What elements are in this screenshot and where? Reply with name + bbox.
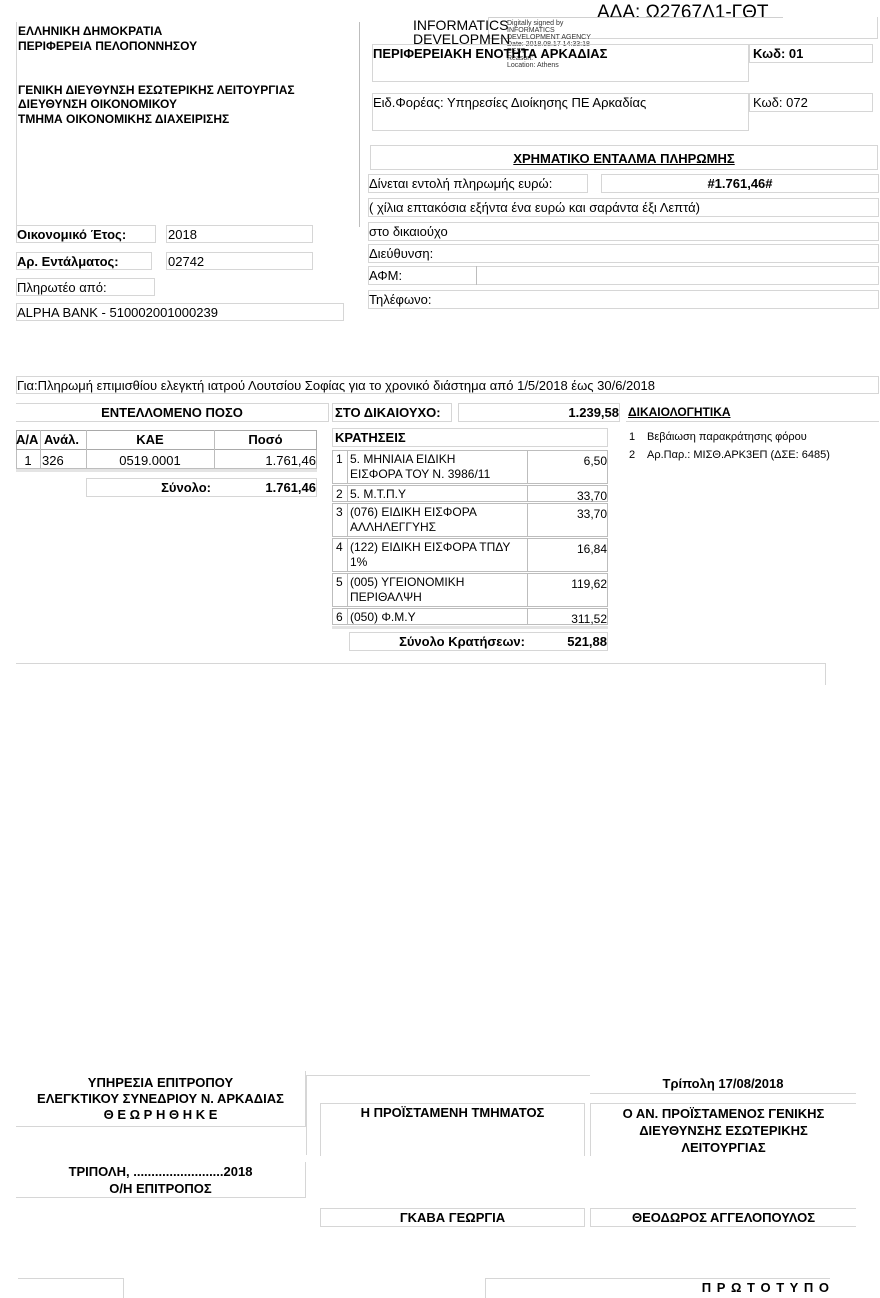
auditor-line-3: Θ Ε Ω Ρ Η Θ Η Κ Ε [16, 1107, 305, 1123]
address-label: Διεύθυνση: [369, 246, 433, 261]
section-head-block: Η ΠΡΟΪΣΤΑΜΕΝΗ ΤΜΗΜΑΤΟΣ [320, 1103, 585, 1156]
general-head-line-3: ΛΕΙΤΟΥΡΓΙΑΣ [591, 1139, 856, 1156]
deduction-amount: 119,62 [528, 577, 607, 591]
section-head-name: ΓΚΑΒΑ ΓΕΩΡΓΙΑ [321, 1210, 584, 1225]
deductions-title: ΚΡΑΤΗΣΕΙΣ [335, 430, 406, 445]
payment-amount: #1.761,46# [602, 176, 878, 191]
section-head-title: Η ΠΡΟΪΣΤΑΜΕΝΗ ΤΜΗΜΑΤΟΣ [321, 1105, 584, 1120]
beneficiary-label: στο δικαιούχο [369, 224, 448, 239]
col-kae: ΚΑΕ [86, 432, 214, 447]
deduction-description: (005) ΥΓΕΙΟΝΟΜΙΚΗΠΕΡΙΘΑΛΨΗ [350, 575, 464, 605]
header-line-3: ΓΕΝΙΚΗ ΔΙΕΥΘΥΝΣΗ ΕΣΩΤΕΡΙΚΗΣ ΛΕΙΤΟΥΡΓΙΑΣ [18, 83, 295, 97]
deduction-amount: 33,70 [528, 507, 607, 521]
amount-in-words: ( χίλια επτακόσια εξήντα ένα ευρώ και σα… [369, 200, 700, 215]
deductions-total: 521,88 [567, 634, 607, 649]
deduction-description: 5. ΜΗΝΙΑΙΑ ΕΙΔΙΚΗΕΙΣΦΟΡΑ ΤΟΥ Ν. 3986/11 [350, 452, 490, 482]
col-aa: Α/Α [16, 432, 40, 447]
regional-unit-box: ΠΕΡΙΦΕΡΕΙΑΚΗ ΕΝΟΤΗΤΑ ΑΡΚΑΔΙΑΣ [372, 44, 749, 82]
beneficiary-amount-label: ΣΤΟ ΔΙΚΑΙΟΥΧΟ: [335, 405, 441, 420]
auditor-line-1: ΥΠΗΡΕΣΙΑ ΕΠΙΤΡΟΠΟΥ [16, 1075, 305, 1091]
payment-title-box: ΧΡΗΜΑΤΙΚΟ ΕΝΤΑΛΜΑ ΠΛΗΡΩΜΗΣ [370, 145, 878, 170]
ordered-total: 1.761,46 [265, 480, 316, 495]
general-head-line-1: Ο ΑΝ. ΠΡΟΪΣΤΑΜΕΝΟΣ ΓΕΝΙΚΗΣ [591, 1105, 856, 1122]
deduction-amount: 311,52 [528, 612, 607, 626]
supporting-doc-item: 2Αρ.Παρ.: ΜΙΣΘ.ΑΡΚ3ΕΠ (ΔΣΕ: 6485) [629, 449, 830, 461]
ordered-amount-title: ΕΝΤΕΛΛΟΜΕΝΟ ΠΟΣΟ [16, 405, 328, 420]
afm-label: ΑΦΜ: [369, 268, 402, 283]
header-line-1: ΕΛΛΗΝΙΚΗ ΔΗΜΟΚΡΑΤΙΑ [18, 24, 162, 38]
order-number-label: Αρ. Εντάλματος: [17, 254, 119, 269]
commissioner: Ο/Η ΕΠΙΤΡΟΠΟΣ [16, 1180, 305, 1197]
fiscal-year-label: Οικονομικό Έτος: [17, 227, 126, 242]
fiscal-year-value: 2018 [168, 227, 197, 242]
auditor-line-2: ΕΛΕΓΚΤΙΚΟΥ ΣΥΝΕΔΡΙΟΥ Ν. ΑΡΚΑΔΙΑΣ [16, 1091, 305, 1107]
deduction-description: 5. Μ.Τ.Π.Υ [350, 487, 406, 502]
city-date: ΤΡΙΠΟΛΗ, .........................2018 [16, 1163, 305, 1180]
deduction-amount: 16,84 [528, 542, 607, 556]
deductions-total-label: Σύνολο Κρατήσεων: [350, 634, 525, 649]
beneficiary-amount-value: 1.239,58 [568, 405, 619, 420]
signature-name: INFORMATICS DEVELOPMEN [413, 18, 510, 46]
commissioner-block: ΤΡΙΠΟΛΗ, .........................2018 Ο… [16, 1162, 306, 1198]
header-line-5: ΤΜΗΜΑ ΟΙΚΟΝΟΜΙΚΗΣ ΔΙΑΧΕΙΡΙΣΗΣ [18, 112, 229, 126]
regional-unit: ΠΕΡΙΦΕΡΕΙΑΚΗ ΕΝΟΤΗΤΑ ΑΡΚΑΔΙΑΣ [373, 46, 607, 61]
unit-code-box: Κωδ: 01 [749, 44, 873, 63]
issuer-block: ΕΛΛΗΝΙΚΗ ΔΗΜΟΚΡΑΤΙΑ ΠΕΡΙΦΕΡΕΙΑ ΠΕΛΟΠΟΝΝΗ… [16, 22, 360, 227]
general-head-name: ΘΕΟΔΩΡΟΣ ΑΓΓΕΛΟΠΟΥΛΟΣ [591, 1210, 856, 1225]
supporting-docs-title: ΔΙΚΑΙΟΛΟΓΗΤΙΚΑ [628, 405, 731, 419]
agency-code: Κωδ: 072 [753, 95, 808, 110]
deduction-description: (050) Φ.Μ.Υ [350, 610, 416, 625]
deduction-amount: 6,50 [528, 454, 607, 468]
general-head-block: Ο ΑΝ. ΠΡΟΪΣΤΑΜΕΝΟΣ ΓΕΝΙΚΗΣ ΔΙΕΥΘΥΝΣΗΣ ΕΣ… [590, 1103, 856, 1156]
payment-order-label: Δίνεται εντολή πληρωμής ευρώ: [369, 176, 552, 191]
unit-code: Κωδ: 01 [753, 46, 803, 61]
header-line-2: ΠΕΡΙΦΕΡΕΙΑ ΠΕΛΟΠΟΝΝΗΣΟΥ [18, 39, 197, 53]
order-number-value: 02742 [168, 254, 204, 269]
agency-box: Ειδ.Φορέας: Υπηρεσίες Διοίκησης ΠΕ Αρκαδ… [372, 93, 749, 131]
original-stamp: Π Ρ Ω Τ Ο Τ Υ Π Ο [702, 1280, 830, 1295]
agency-code-box: Κωδ: 072 [749, 93, 873, 112]
col-amount: Ποσό [214, 432, 317, 447]
ordered-total-label: Σύνολο: [87, 480, 211, 495]
phone-label: Τηλέφωνο: [369, 292, 431, 307]
header-line-4: ΔΙΕΥΘΥΝΣΗ ΟΙΚΟΝΟΜΙΚΟΥ [18, 97, 177, 111]
payment-purpose: Για:Πληρωμή επιμισθίου ελεγκτή ιατρού Λο… [17, 378, 655, 393]
payment-title: ΧΡΗΜΑΤΙΚΟ ΕΝΤΑΛΜΑ ΠΛΗΡΩΜΗΣ [371, 151, 877, 166]
deduction-amount: 33,70 [528, 489, 607, 503]
agency: Ειδ.Φορέας: Υπηρεσίες Διοίκησης ΠΕ Αρκαδ… [373, 95, 646, 110]
auditor-block: ΥΠΗΡΕΣΙΑ ΕΠΙΤΡΟΠΟΥ ΕΛΕΓΚΤΙΚΟΥ ΣΥΝΕΔΡΙΟΥ … [16, 1071, 306, 1127]
signing-date: Τρίπολη 17/08/2018 [590, 1076, 856, 1091]
supporting-doc-item: 1Βεβάιωση παρακράτησης φόρου [629, 431, 807, 443]
general-head-line-2: ΔΙΕΥΘΥΝΣΗΣ ΕΣΩΤΕΡΙΚΗΣ [591, 1122, 856, 1139]
col-anal: Ανάλ. [44, 432, 79, 447]
deduction-description: (076) ΕΙΔΙΚΗ ΕΙΣΦΟΡΑΑΛΛΗΛΕΓΓΥΗΣ [350, 505, 477, 535]
deduction-description: (122) ΕΙΔΙΚΗ ΕΙΣΦΟΡΑ ΤΠΔΥ1% [350, 540, 510, 570]
payable-from-label: Πληρωτέο από: [17, 280, 107, 295]
bank-account: ALPHA BANK - 510002001000239 [17, 305, 218, 320]
